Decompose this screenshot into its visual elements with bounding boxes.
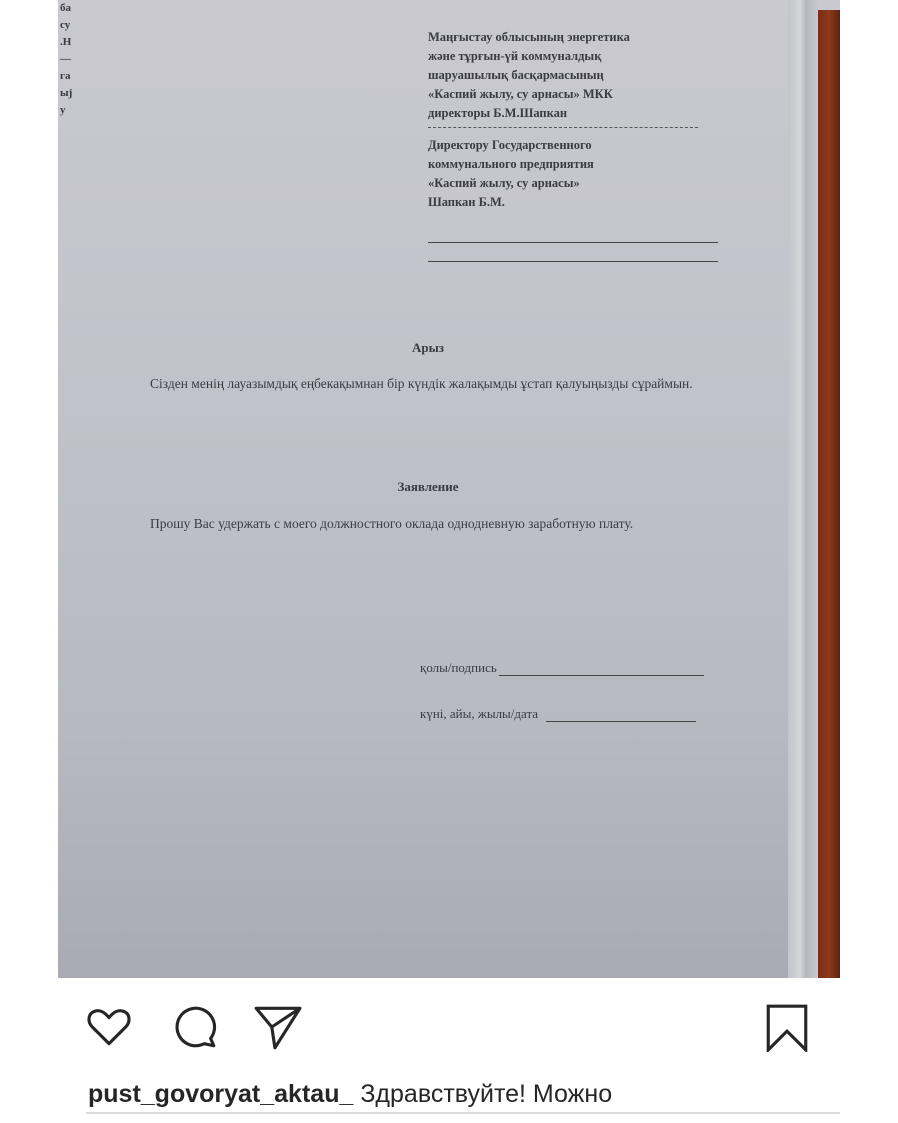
- fragment: у: [60, 102, 80, 119]
- save-button[interactable]: [762, 1002, 812, 1052]
- bookmark-icon: [762, 1002, 812, 1052]
- share-button[interactable]: [252, 1002, 302, 1052]
- addressee-ru: Директору Государственного коммунального…: [428, 136, 728, 212]
- addressee-line: директоры Б.М.Шапкан: [428, 104, 728, 123]
- addressee-line: коммунального предприятия: [428, 155, 728, 174]
- addressee-line: және тұрғын-үй коммуналдық: [428, 47, 728, 66]
- date-line: [546, 709, 696, 722]
- dashed-divider: [428, 127, 698, 128]
- body-ru: Прошу Вас удержать с моего должностного …: [100, 514, 748, 534]
- signature-line: [499, 663, 704, 676]
- heart-icon: [84, 1002, 134, 1052]
- wooden-table-edge: [818, 10, 840, 978]
- addressee-line: «Каспий жылу, су арнасы» МКК: [428, 85, 728, 104]
- addressee-block: Маңғыстау облысының энергетика және тұрғ…: [428, 28, 728, 262]
- post-caption: pust_govoryat_aktau_ Здравствуйте! Можно: [88, 1080, 612, 1109]
- like-button[interactable]: [84, 1002, 134, 1052]
- adjacent-page-fragment: ба су .Н — га ыј у: [58, 0, 80, 220]
- fragment: су: [60, 17, 80, 34]
- addressee-line: Маңғыстау облысының энергетика: [428, 28, 728, 47]
- addressee-line: шаруашылық басқармасының: [428, 66, 728, 85]
- caption-text: Здравствуйте! Можно: [360, 1080, 612, 1108]
- post-photo[interactable]: ба су .Н — га ыј у Маңғыстау облысының э…: [58, 0, 840, 978]
- body-kz: Сізден менің лауазымдық еңбекақымнан бір…: [100, 374, 748, 394]
- fragment: га: [60, 68, 80, 85]
- comment-button[interactable]: [170, 1002, 220, 1052]
- heading-ru: Заявление: [58, 479, 798, 495]
- date-row: күні, айы, жылы/дата: [420, 706, 696, 722]
- date-label: күні, айы, жылы/дата: [420, 706, 538, 722]
- comment-icon: [170, 1002, 220, 1052]
- addressee-kz: Маңғыстау облысының энергетика және тұрғ…: [428, 28, 728, 123]
- send-icon: [252, 1002, 302, 1052]
- addressee-line: «Каспий жылу, су арнасы»: [428, 174, 728, 193]
- addressee-line: Шапкан Б.М.: [428, 193, 728, 212]
- sender-blank-line: [428, 261, 718, 262]
- caption-divider: [86, 1112, 840, 1114]
- signature-row: қолы/подпись: [420, 660, 704, 676]
- heading-kz: Арыз: [58, 340, 798, 356]
- addressee-line: Директору Государственного: [428, 136, 728, 155]
- fragment: —: [60, 51, 80, 68]
- post-action-bar: [0, 990, 898, 1065]
- fragment: .Н: [60, 34, 80, 51]
- fragment: ба: [60, 0, 80, 17]
- signature-label: қолы/подпись: [420, 660, 497, 676]
- caption-username[interactable]: pust_govoryat_aktau_: [88, 1080, 353, 1108]
- fragment: ыј: [60, 85, 80, 102]
